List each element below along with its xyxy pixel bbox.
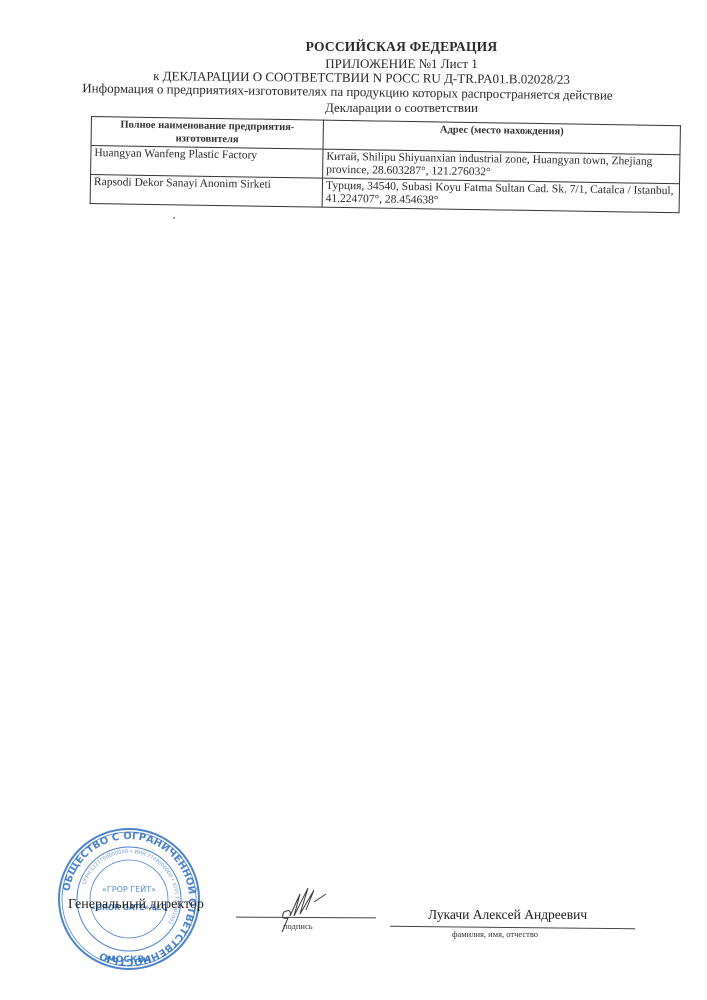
signer-full-name: Лукачи Алексей Андреевич bbox=[428, 907, 587, 923]
manufacturer-address: Турция, 34540, Subasi Koyu Fatma Sultan … bbox=[322, 178, 679, 213]
country-heading: РОССИЙСКАЯ ФЕДЕРАЦИЯ bbox=[48, 39, 707, 55]
name-caption: фамилия, имя, отчество bbox=[452, 929, 538, 939]
column-header-name: Полное наименование предприятия-изготови… bbox=[91, 117, 323, 150]
manufacturer-name: Huangyan Wanfeng Plastic Factory bbox=[91, 146, 323, 179]
info-line-2: Декларации о соответствии bbox=[48, 100, 707, 116]
stamp-company-ru: «ГРОР ГЕЙТ» bbox=[102, 883, 156, 894]
scan-speck bbox=[173, 217, 175, 219]
manufacturers-table: Полное наименование предприятия-изготови… bbox=[90, 116, 681, 213]
stamp-city: МОСКВА bbox=[107, 955, 151, 965]
signer-position: Генеральный директор bbox=[68, 897, 204, 913]
signature-caption: подпись bbox=[283, 921, 313, 931]
manufacturer-name: Rapsodi Dekor Sanayi Anonim Sirketi bbox=[90, 175, 322, 208]
